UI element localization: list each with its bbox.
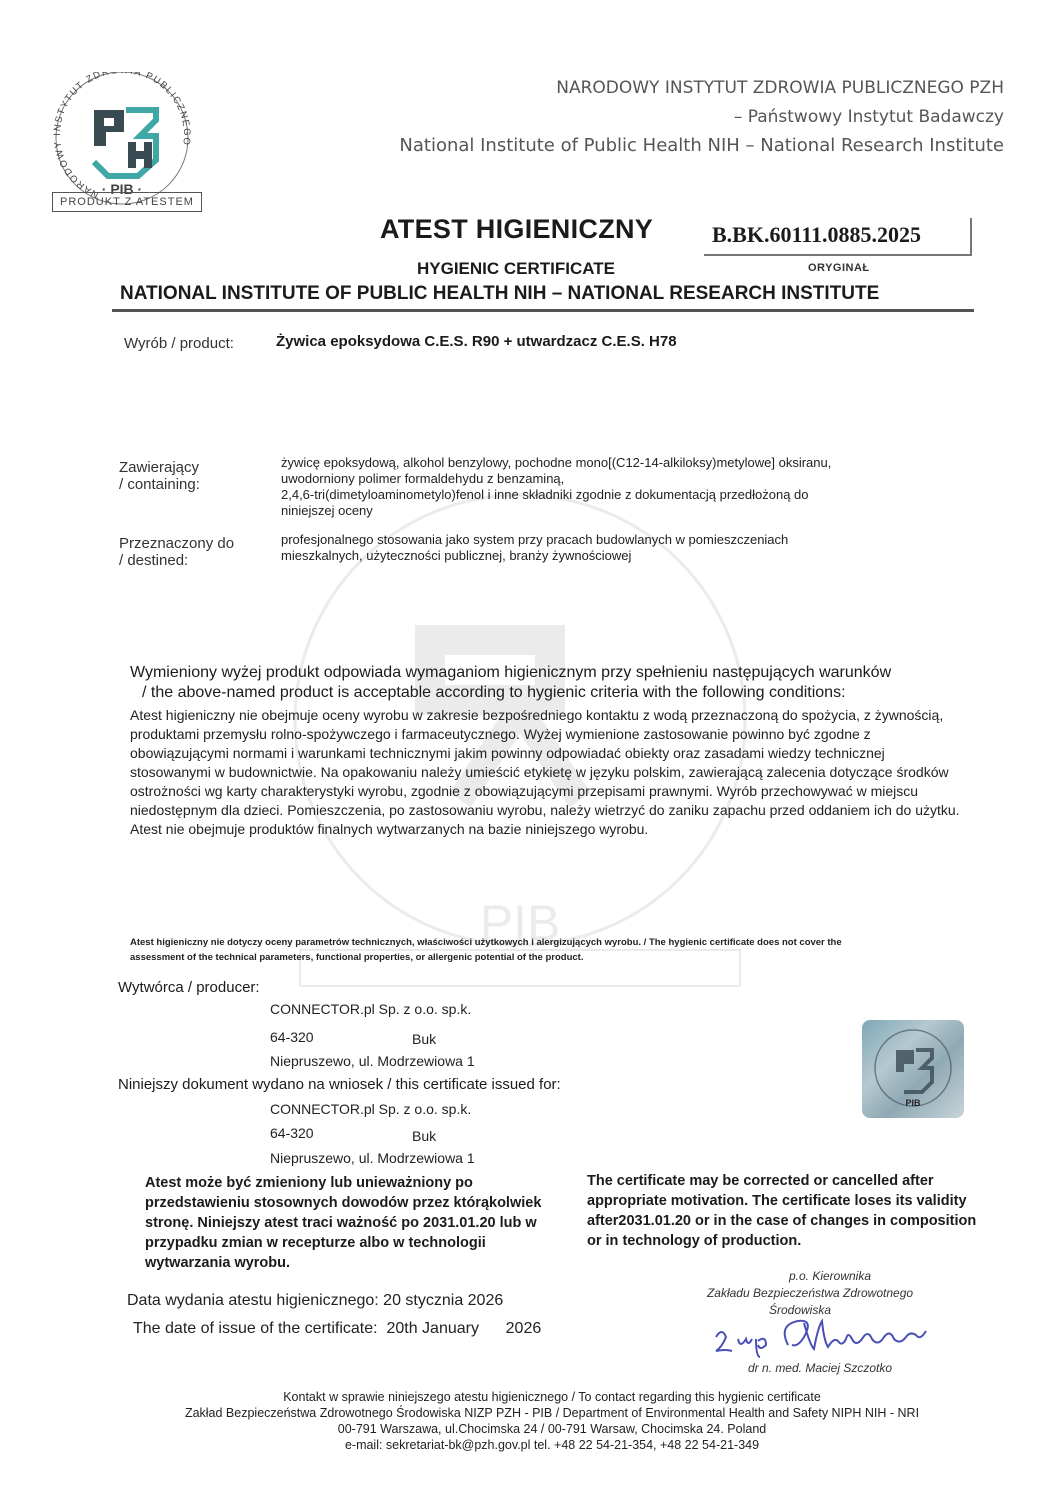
conditions-heading: Wymieniony wyżej produkt odpowiada wymag… xyxy=(130,663,960,703)
producer-name: CONNECTOR.pl Sp. z o.o. sp.k. xyxy=(270,1001,471,1017)
signatory-title: p.o. Kierownika xyxy=(700,1269,960,1283)
conditions-body: Atest higieniczny nie obejmuje oceny wyr… xyxy=(130,706,960,839)
containing-line: żywicę epoksydową, alkohol benzylowy, po… xyxy=(281,455,981,471)
validity-en: The certificate may be corrected or canc… xyxy=(587,1171,987,1251)
destined-line: mieszkalnych, użyteczności publicznej, b… xyxy=(281,548,981,564)
hologram-seal-icon: PIB xyxy=(862,1020,964,1118)
containing-line: 2,4,6-tri(dimetyloaminometylo)fenol i in… xyxy=(281,487,981,503)
footer-contact-line[interactable]: e-mail: sekretariat-bk@pzh.gov.pl tel. +… xyxy=(112,1437,992,1453)
containing-line: niniejszej oceny xyxy=(281,503,981,519)
containing-value: żywicę epoksydową, alkohol benzylowy, po… xyxy=(281,455,981,519)
footer-line: 00-791 Warszawa, ul.Chocimska 24 / 00-79… xyxy=(112,1421,992,1437)
certificate-number: B.BK.60111.0885.2025 xyxy=(712,222,921,248)
conditions-heading-pl: Wymieniony wyżej produkt odpowiada wymag… xyxy=(130,663,960,683)
pzh-logo-icon: NARODOWY INSTYTUT ZDROWIA PUBLICZNEGO · … xyxy=(42,72,202,212)
document-subtitle: HYGIENIC CERTIFICATE xyxy=(417,259,615,279)
destined-value: profesjonalnego stosowania jako system p… xyxy=(281,532,981,564)
destined-label-pl: Przeznaczony do xyxy=(119,535,234,552)
issue-date-pl-label: Data wydania atestu higienicznego: xyxy=(127,1292,379,1309)
institute-name-en: National Institute of Public Health NIH … xyxy=(399,135,1004,156)
producer-city: Buk xyxy=(412,1031,436,1047)
issued-for-zip: 64-320 xyxy=(270,1125,314,1141)
header-divider xyxy=(112,309,974,312)
issue-date-pl: Data wydania atestu higienicznego: 20 st… xyxy=(127,1292,503,1310)
issue-date-en-value: 20th January 2026 xyxy=(386,1320,541,1337)
handwritten-signature-icon xyxy=(708,1315,968,1360)
issued-for-street: Niepruszewo, ul. Modrzewiowa 1 xyxy=(270,1150,475,1166)
containing-label-pl: Zawierający xyxy=(119,459,200,476)
issued-for-label: Niniejszy dokument wydano na wniosek / t… xyxy=(118,1076,561,1093)
institute-subtitle-pl: – Państwowy Instytut Badawczy xyxy=(734,107,1004,127)
original-stamp: ORYGINAŁ xyxy=(808,262,870,274)
issue-date-en: The date of issue of the certificate: 20… xyxy=(133,1320,541,1338)
product-value: Żywica epoksydowa C.E.S. R90 + utwardzac… xyxy=(276,333,677,350)
conditions-heading-en: / the above-named product is acceptable … xyxy=(130,683,960,703)
footer-line: Kontakt w sprawie niniejszego atestu hig… xyxy=(112,1389,992,1405)
institute-name-pl: NARODOWY INSTYTUT ZDROWIA PUBLICZNEGO PZ… xyxy=(556,78,1004,98)
document-title: ATEST HIGIENICZNY xyxy=(380,214,653,245)
produkt-z-atestem-badge: PRODUKT Z ATESTEM xyxy=(52,192,202,212)
institute-banner: NATIONAL INSTITUTE OF PUBLIC HEALTH NIH … xyxy=(120,283,879,305)
disclaimer: Atest higieniczny nie dotyczy oceny para… xyxy=(130,935,890,965)
destined-label-en: / destined: xyxy=(119,552,234,569)
containing-label: Zawierający / containing: xyxy=(119,459,200,493)
producer-street: Niepruszewo, ul. Modrzewiowa 1 xyxy=(270,1053,475,1069)
producer-label: Wytwórca / producer: xyxy=(118,979,260,996)
containing-label-en: / containing: xyxy=(119,476,200,493)
issue-date-pl-value: 20 stycznia 2026 xyxy=(383,1292,503,1309)
issued-for-city: Buk xyxy=(412,1128,436,1144)
signatory-department: Zakładu Bezpieczeństwa Zdrowotnego xyxy=(660,1286,960,1300)
containing-line: uwodorniony polimer formaldehydu z benza… xyxy=(281,471,981,487)
issue-date-en-label: The date of issue of the certificate: xyxy=(133,1320,378,1337)
hologram-pzh-icon: PIB xyxy=(862,1020,964,1118)
product-label: Wyrób / product: xyxy=(124,335,234,352)
destined-line: profesjonalnego stosowania jako system p… xyxy=(281,532,981,548)
destined-label: Przeznaczony do / destined: xyxy=(119,535,234,569)
issued-for-name: CONNECTOR.pl Sp. z o.o. sp.k. xyxy=(270,1101,471,1117)
contact-footer: Kontakt w sprawie niniejszego atestu hig… xyxy=(112,1389,992,1453)
producer-zip: 64-320 xyxy=(270,1029,314,1045)
signatory-name: dr n. med. Maciej Szczotko xyxy=(700,1361,940,1375)
svg-text:PIB: PIB xyxy=(905,1098,921,1108)
validity-pl: Atest może być zmieniony lub unieważnion… xyxy=(145,1173,565,1273)
footer-line: Zakład Bezpieczeństwa Zdrowotnego Środow… xyxy=(112,1405,992,1421)
